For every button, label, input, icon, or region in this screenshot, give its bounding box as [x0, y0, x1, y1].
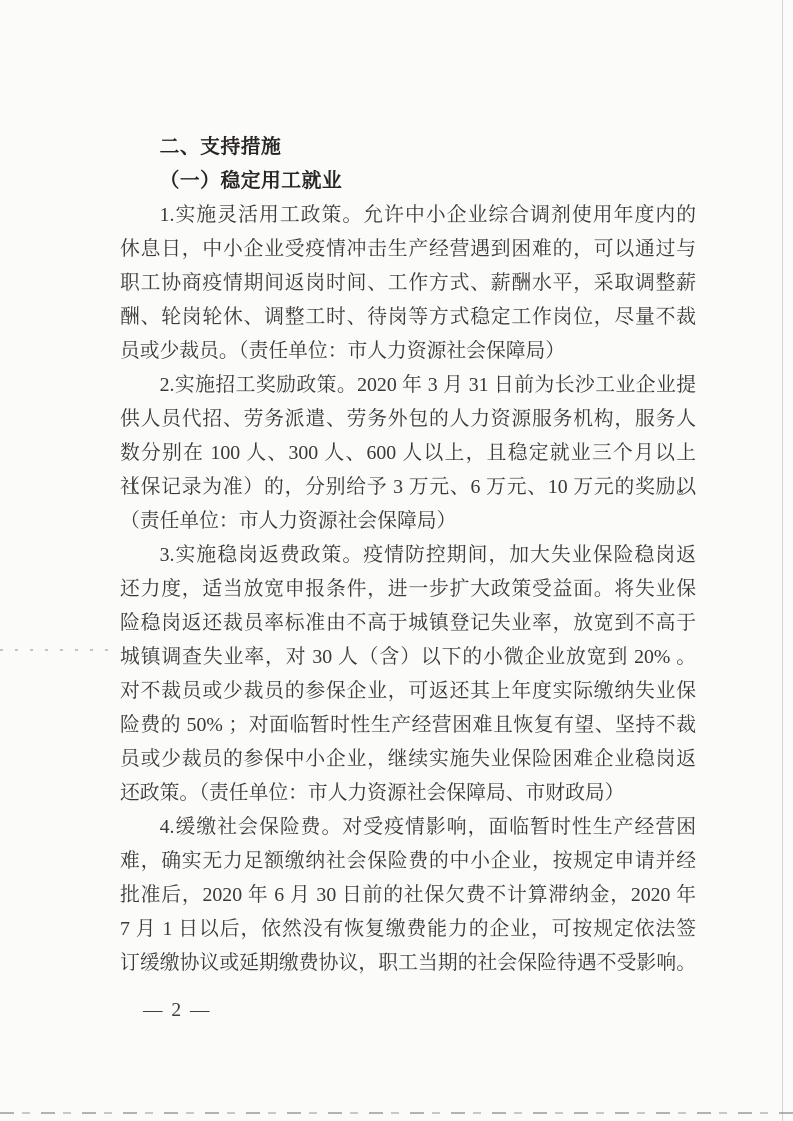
- paragraph-1-line: 员或少裁员。（责任单位：市人力资源社会保障局）: [120, 334, 696, 368]
- document-page: 二、支持措施 （一）稳定用工就业 1.实施灵活用工政策。允许中小企业综合调剂使用…: [0, 0, 793, 1121]
- paragraph-3-line: 险费的 50% ；对面临暂时性生产经营困难且恢复有望、坚持不裁: [120, 708, 696, 742]
- paragraph-3-line: 还力度，适当放宽申报条件，进一步扩大政策受益面。将失业保: [120, 572, 696, 606]
- scan-artifact-dotted-line: [0, 649, 118, 651]
- paragraph-4-line: 批准后，2020 年 6 月 30 日前的社保欠费不计算滞纳金，2020 年: [120, 878, 696, 912]
- paragraph-3-line: 对不裁员或少裁员的参保企业，可返还其上年度实际缴纳失业保: [120, 674, 696, 708]
- paragraph-4-line: 7 月 1 日以后，依然没有恢复缴费能力的企业，可按规定依法签: [120, 912, 696, 946]
- paragraph-3-line: 城镇调查失业率，对 30 人（含）以下的小微企业放宽到 20% 。: [120, 640, 696, 674]
- paragraph-3-line: 还政策。（责任单位：市人力资源社会保障局、市财政局）: [120, 776, 696, 810]
- paragraph-1-line: 休息日，中小企业受疫情冲击生产经营遇到困难的，可以通过与: [120, 232, 696, 266]
- scan-artifact-bottom-edge: [0, 1112, 793, 1114]
- paragraph-4-line: 订缓缴协议或延期缴费协议，职工当期的社会保险待遇不受影响。: [120, 946, 696, 980]
- paragraph-1-line: 职工协商疫情期间返岗时间、工作方式、薪酬水平，采取调整薪: [120, 266, 696, 300]
- paragraph-2-line: 数分别在 100 人、300 人、600 人以上，且稳定就业三个月以上（以: [120, 436, 696, 470]
- paragraph-3-line: 员或少裁员的参保中小企业，继续实施失业保险困难企业稳岗返: [120, 742, 696, 776]
- page-number: — 2 —: [143, 994, 212, 1028]
- paragraph-2-line: 2.实施招工奖励政策。2020 年 3 月 31 日前为长沙工业企业提: [120, 368, 696, 402]
- paragraph-3-line: 3.实施稳岗返费政策。疫情防控期间，加大失业保险稳岗返: [120, 538, 696, 572]
- paragraph-1-line: 1.实施灵活用工政策。允许中小企业综合调剂使用年度内的: [120, 198, 696, 232]
- paragraph-4-line: 难，确实无力足额缴纳社会保险费的中小企业，按规定申请并经: [120, 844, 696, 878]
- paragraph-1-line: 酬、轮岗轮休、调整工时、待岗等方式稳定工作岗位，尽量不裁: [120, 300, 696, 334]
- paragraph-4-line: 4.缓缴社会保险费。对受疫情影响，面临暂时性生产经营困: [120, 810, 696, 844]
- paragraph-3-line: 险稳岗返还裁员率标准由不高于城镇登记失业率，放宽到不高于: [120, 606, 696, 640]
- section-heading: 二、支持措施: [120, 130, 696, 164]
- paragraph-2-line: （责任单位：市人力资源社会保障局）: [120, 504, 696, 538]
- document-body: 二、支持措施 （一）稳定用工就业 1.实施灵活用工政策。允许中小企业综合调剂使用…: [120, 130, 696, 980]
- paragraph-2-line: 供人员代招、劳务派遣、劳务外包的人力资源服务机构，服务人: [120, 402, 696, 436]
- subsection-heading: （一）稳定用工就业: [120, 164, 696, 198]
- paragraph-2-line: 社保记录为准）的，分别给予 3 万元、6 万元、10 万元的奖励。: [120, 470, 696, 504]
- scan-artifact-right-edge: [782, 0, 783, 1121]
